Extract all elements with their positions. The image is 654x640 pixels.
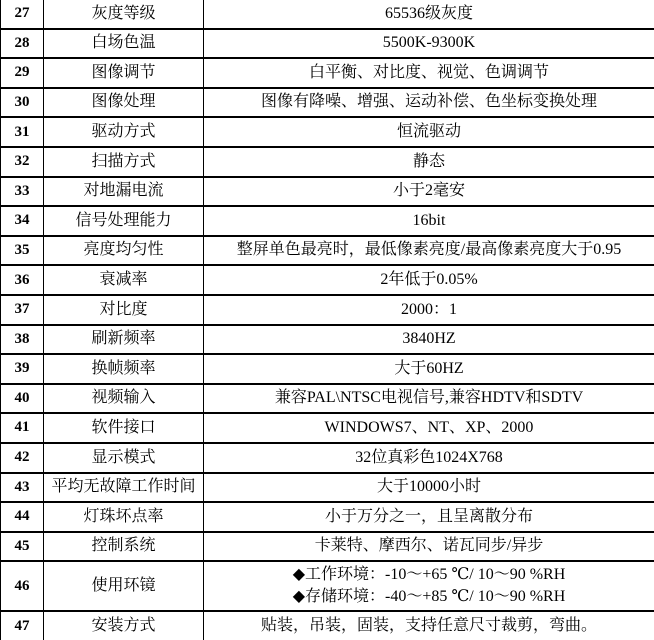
table-row: 29 图像调节 白平衡、对比度、视觉、色调调节 <box>1 59 654 89</box>
row-number-cell: 34 <box>1 207 44 235</box>
spec-value-cell: 静态 <box>204 148 654 176</box>
table-row: 47 安装方式 贴装，吊装，固装，支持任意尺寸裁剪，弯曲。 <box>1 612 654 640</box>
spec-value-cell: 贴装，吊装，固装，支持任意尺寸裁剪，弯曲。 <box>204 612 654 640</box>
spec-value-line: ◆存储环境：-40～+85 ℃/ 10～90 %RH <box>293 586 566 608</box>
spec-value-cell: 5500K-9300K <box>204 30 654 58</box>
row-number-cell: 44 <box>1 503 44 531</box>
row-number-cell: 36 <box>1 266 44 294</box>
spec-name-cell: 视频输入 <box>44 385 204 413</box>
spec-name-cell: 扫描方式 <box>44 148 204 176</box>
table-row: 36 衰减率 2年低于0.05% <box>1 266 654 296</box>
row-number-cell: 37 <box>1 296 44 324</box>
row-number-cell: 47 <box>1 612 44 640</box>
row-number-cell: 27 <box>1 0 44 28</box>
spec-value-line: ◆工作环境：-10～+65 ℃/ 10～90 %RH <box>293 564 566 586</box>
spec-value-cell: 大于60HZ <box>204 355 654 383</box>
spec-value-cell: 2000：1 <box>204 296 654 324</box>
table-row: 44 灯珠坏点率 小于万分之一，且呈离散分布 <box>1 503 654 533</box>
table-row: 33 对地漏电流 小于2毫安 <box>1 178 654 208</box>
spec-name-cell: 图像处理 <box>44 89 204 117</box>
table-row: 38 刷新频率 3840HZ <box>1 326 654 356</box>
spec-name-cell: 显示模式 <box>44 444 204 472</box>
spec-value-cell: 2年低于0.05% <box>204 266 654 294</box>
table-row: 40 视频输入 兼容PAL\NTSC电视信号,兼容HDTV和SDTV <box>1 385 654 415</box>
row-number-cell: 33 <box>1 178 44 206</box>
row-number-cell: 31 <box>1 118 44 146</box>
row-number-cell: 46 <box>1 562 44 610</box>
row-number-cell: 41 <box>1 414 44 442</box>
spec-name-cell: 灰度等级 <box>44 0 204 28</box>
spec-name-cell: 图像调节 <box>44 59 204 87</box>
spec-name-cell: 亮度均匀性 <box>44 237 204 265</box>
spec-value-cell: 兼容PAL\NTSC电视信号,兼容HDTV和SDTV <box>204 385 654 413</box>
spec-value-cell: 65536级灰度 <box>204 0 654 28</box>
spec-value-cell: 3840HZ <box>204 326 654 354</box>
table-row: 28 白场色温 5500K-9300K <box>1 30 654 60</box>
spec-name-cell: 使用环镜 <box>44 562 204 610</box>
spec-value-cell: 大于10000小时 <box>204 474 654 502</box>
spec-name-cell: 驱动方式 <box>44 118 204 146</box>
row-number-cell: 42 <box>1 444 44 472</box>
row-number-cell: 40 <box>1 385 44 413</box>
spec-value-cell: 卡莱特、摩西尔、诺瓦同步/异步 <box>204 533 654 561</box>
row-number-cell: 29 <box>1 59 44 87</box>
row-number-cell: 39 <box>1 355 44 383</box>
table-row: 39 换帧频率 大于60HZ <box>1 355 654 385</box>
spec-name-cell: 控制系统 <box>44 533 204 561</box>
table-row: 34 信号处理能力 16bit <box>1 207 654 237</box>
spec-name-cell: 对地漏电流 <box>44 178 204 206</box>
spec-value-cell: 小于2毫安 <box>204 178 654 206</box>
spec-name-cell: 安装方式 <box>44 612 204 640</box>
row-number-cell: 32 <box>1 148 44 176</box>
table-row: 42 显示模式 32位真彩色1024X768 <box>1 444 654 474</box>
spec-value-cell: 32位真彩色1024X768 <box>204 444 654 472</box>
row-number-cell: 28 <box>1 30 44 58</box>
row-number-cell: 35 <box>1 237 44 265</box>
spec-name-cell: 灯珠坏点率 <box>44 503 204 531</box>
row-number-cell: 30 <box>1 89 44 117</box>
table-row: 35 亮度均匀性 整屏单色最亮时，最低像素亮度/最高像素亮度大于0.95 <box>1 237 654 267</box>
table-row: 31 驱动方式 恒流驱动 <box>1 118 654 148</box>
spec-value-cell: 16bit <box>204 207 654 235</box>
spec-name-cell: 换帧频率 <box>44 355 204 383</box>
row-number-cell: 43 <box>1 474 44 502</box>
spec-name-cell: 衰减率 <box>44 266 204 294</box>
spec-name-cell: 对比度 <box>44 296 204 324</box>
spec-value-cell: WINDOWS7、NT、XP、2000 <box>204 414 654 442</box>
table-row: 45 控制系统 卡莱特、摩西尔、诺瓦同步/异步 <box>1 533 654 563</box>
spec-value-cell: 整屏单色最亮时，最低像素亮度/最高像素亮度大于0.95 <box>204 237 654 265</box>
spec-name-cell: 软件接口 <box>44 414 204 442</box>
table-row: 30 图像处理 图像有降噪、增强、运动补偿、色坐标变换处理 <box>1 89 654 119</box>
spec-value-cell: 图像有降噪、增强、运动补偿、色坐标变换处理 <box>204 89 654 117</box>
table-row: 46 使用环镜 ◆工作环境：-10～+65 ℃/ 10～90 %RH◆存储环境：… <box>1 562 654 612</box>
spec-table: 27 灰度等级 65536级灰度 28 白场色温 5500K-9300K 29 … <box>0 0 654 640</box>
spec-value-cell: 小于万分之一，且呈离散分布 <box>204 503 654 531</box>
table-row: 27 灰度等级 65536级灰度 <box>1 0 654 30</box>
spec-value-cell: 白平衡、对比度、视觉、色调调节 <box>204 59 654 87</box>
table-row: 41 软件接口 WINDOWS7、NT、XP、2000 <box>1 414 654 444</box>
table-row: 32 扫描方式 静态 <box>1 148 654 178</box>
table-row: 37 对比度 2000：1 <box>1 296 654 326</box>
row-number-cell: 38 <box>1 326 44 354</box>
spec-value-cell: ◆工作环境：-10～+65 ℃/ 10～90 %RH◆存储环境：-40～+85 … <box>204 562 654 610</box>
spec-value-cell: 恒流驱动 <box>204 118 654 146</box>
spec-name-cell: 平均无故障工作时间 <box>44 474 204 502</box>
row-number-cell: 45 <box>1 533 44 561</box>
table-row: 43 平均无故障工作时间 大于10000小时 <box>1 474 654 504</box>
spec-name-cell: 刷新频率 <box>44 326 204 354</box>
spec-name-cell: 信号处理能力 <box>44 207 204 235</box>
spec-name-cell: 白场色温 <box>44 30 204 58</box>
